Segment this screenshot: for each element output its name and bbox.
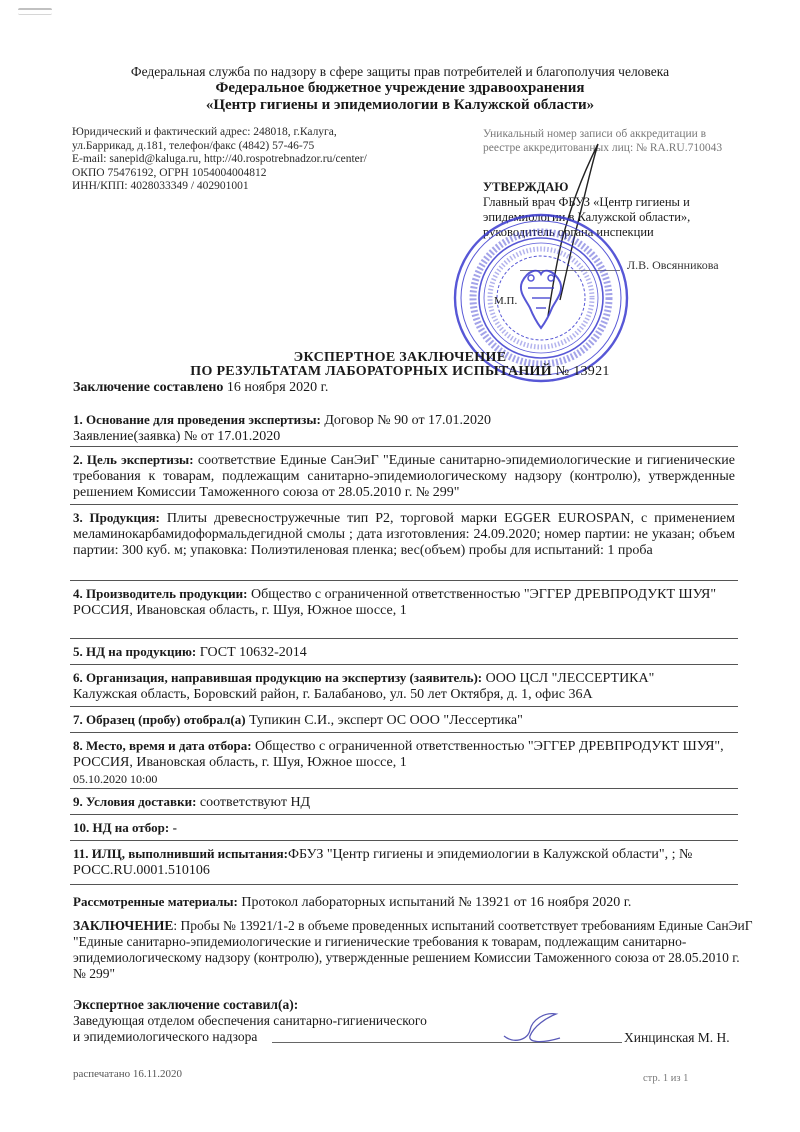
composed-date: Заключение составлено 16 ноября 2020 г. [73, 380, 328, 396]
contact-okpo-ogrn: ОКПО 75476192, ОГРН 1054004004812 [72, 167, 367, 181]
divider [70, 580, 738, 581]
divider [70, 884, 738, 885]
section-sampling-place: 8. Место, время и дата отбора: Общество … [73, 738, 735, 787]
divider [70, 638, 738, 639]
section-value: Протокол лабораторных испытаний № 13921 … [241, 895, 631, 910]
divider [70, 732, 738, 733]
conclusion-label: ЗАКЛЮЧЕНИЕ [73, 918, 173, 933]
divider [70, 446, 738, 447]
composed-label: Заключение составлено [73, 380, 223, 395]
section-extra: Заявление(заявка) № от 17.01.2020 [73, 429, 735, 445]
section-label: Рассмотренные материалы: [73, 894, 238, 909]
divider [70, 788, 738, 789]
divider [70, 840, 738, 841]
contact-street-phone: ул.Баррикад, д.181, телефон/факс (4842) … [72, 140, 367, 154]
section-value: ГОСТ 10632-2014 [200, 645, 307, 660]
divider [70, 504, 738, 505]
section-product: 3. Продукция: Плиты древесностружечные т… [73, 510, 735, 559]
composed-date-value: 16 ноября 2020 г. [227, 380, 328, 395]
section-label: 3. Продукция: [73, 510, 160, 525]
section-extra: 05.10.2020 10:00 [73, 771, 735, 787]
divider [70, 664, 738, 665]
divider [70, 814, 738, 815]
author-block: Экспертное заключение составил(а): Завед… [73, 997, 427, 1045]
institution-type: Федеральное бюджетное учреждение здравоо… [0, 80, 800, 97]
section-materials: Рассмотренные материалы: Протокол лабора… [73, 894, 735, 911]
section-label: 7. Образец (пробу) отобрал(а) [73, 712, 246, 727]
stamp-place-mark: М.П. [494, 295, 517, 307]
section-value: ООО ЦСЛ "ЛЕССЕРТИКА" [486, 671, 655, 686]
section-label: 5. НД на продукцию: [73, 644, 196, 659]
section-extra: РОССИЯ, Ивановская область, г. Шуя, Южно… [73, 603, 735, 619]
section-lab: 11. ИЛЦ, выполнивший испытания:ФБУЗ "Цен… [73, 846, 735, 879]
agency-name: Федеральная служба по надзору в сфере за… [0, 64, 800, 80]
section-label: 10. НД на отбор: [73, 820, 169, 835]
institution-name: «Центр гигиены и эпидемиологии в Калужск… [0, 97, 800, 114]
document-subtitle: ПО РЕЗУЛЬТАТАМ ЛАБОРАТОРНЫХ ИСПЫТАНИЙ № … [0, 364, 800, 380]
author-position-line-1: Заведующая отделом обеспечения санитарно… [73, 1013, 427, 1029]
section-label: 8. Место, время и дата отбора: [73, 738, 252, 753]
divider [70, 706, 738, 707]
conclusion: ЗАКЛЮЧЕНИЕ: Пробы № 13921/1-2 в объеме п… [73, 918, 753, 982]
document-number: № 13921 [556, 364, 610, 379]
section-sampler: 7. Образец (пробу) отобрал(а) Тупикин С.… [73, 712, 735, 729]
section-product-standard: 5. НД на продукцию: ГОСТ 10632-2014 [73, 644, 735, 661]
section-purpose: 2. Цель экспертизы: соответствие Единые … [73, 452, 735, 501]
section-value: - [173, 820, 177, 835]
page-number: стр. 1 из 1 [643, 1073, 688, 1084]
author-name: Хинцинская М. Н. [624, 1030, 730, 1046]
section-label: 1. Основание для проведения экспертизы: [73, 412, 321, 427]
scan-corner-mark [18, 8, 52, 15]
section-sampling-standard: 10. НД на отбор: - [73, 820, 735, 837]
section-label: 4. Производитель продукции: [73, 586, 247, 601]
approval-signer: Л.В. Овсянникова [627, 258, 719, 273]
contact-address: Юридический и фактический адрес: 248018,… [72, 126, 367, 140]
printed-date: распечатано 16.11.2020 [73, 1068, 182, 1080]
conclusion-text: : Пробы № 13921/1-2 в объеме проведенных… [73, 918, 753, 981]
section-manufacturer: 4. Производитель продукции: Общество с о… [73, 586, 735, 619]
section-value: Договор № 90 от 17.01.2020 [324, 413, 491, 428]
section-basis: 1. Основание для проведения экспертизы: … [73, 412, 735, 445]
author-label: Экспертное заключение составил(а): [73, 997, 298, 1012]
section-value: Плиты древесностружечные тип Р2, торгово… [73, 511, 735, 558]
section-value: Тупикин С.И., эксперт ОС ООО "Лессертика… [249, 713, 523, 728]
section-label: 2. Цель экспертизы: [73, 452, 194, 467]
section-label: 9. Условия доставки: [73, 794, 196, 809]
section-label: 6. Организация, направившая продукцию на… [73, 670, 482, 685]
document-subtitle-text: ПО РЕЗУЛЬТАТАМ ЛАБОРАТОРНЫХ ИСПЫТАНИЙ [190, 364, 552, 379]
contact-block: Юридический и фактический адрес: 248018,… [72, 126, 367, 194]
section-extra: Калужская область, Боровский район, г. Б… [73, 687, 735, 703]
section-label: 11. ИЛЦ, выполнивший испытания: [73, 846, 288, 861]
section-delivery: 9. Условия доставки: соответствуют НД [73, 794, 735, 811]
contact-inn-kpp: ИНН/КПП: 4028033349 / 402901001 [72, 180, 367, 194]
author-signature-icon [500, 1010, 570, 1046]
contact-email-web: E-mail: sanepid@kaluga.ru, http://40.ros… [72, 153, 367, 167]
section-value: соответствуют НД [200, 795, 310, 810]
section-applicant: 6. Организация, направившая продукцию на… [73, 670, 735, 703]
section-value: Общество с ограниченной ответственностью… [251, 587, 716, 602]
